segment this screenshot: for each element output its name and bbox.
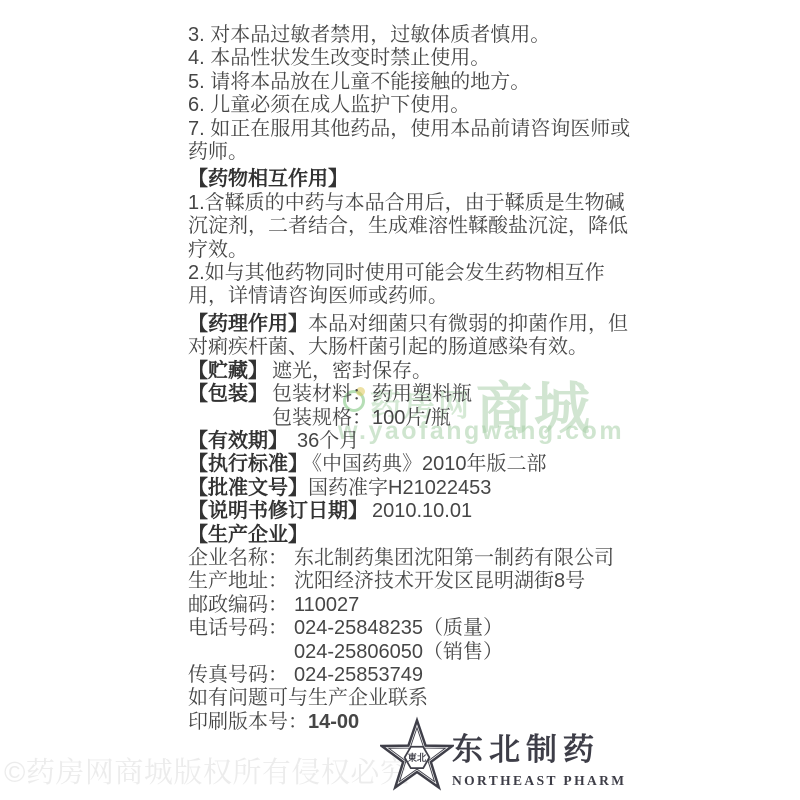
- print-version-value: 14-00: [308, 711, 359, 733]
- validity-label: 【有效期】: [188, 430, 288, 452]
- interactions-paragraph-1: 1.含鞣质的中药与本品合用后，由于鞣质是生物碱沉淀剂，二者结合，生成难溶性鞣酸盐…: [188, 192, 640, 262]
- manufacturer-postcode-row: 邮政编码：110027: [188, 594, 640, 617]
- standard-text: 《中国药典》2010年版二部: [312, 453, 547, 475]
- section-validity: 【有效期】36个月: [188, 430, 640, 453]
- manufacturer-company-row: 企业名称：东北制药集团沈阳第一制药有限公司: [188, 547, 640, 570]
- storage-text: 遮光，密封保存。: [272, 360, 432, 382]
- manufacturer-address-row: 生产地址：沈阳经济技术开发区昆明湖街8号: [188, 570, 640, 593]
- section-packaging: 【包装】包装材料：药用塑料瓶: [188, 383, 640, 406]
- section-storage: 【贮藏】遮光，密封保存。: [188, 360, 640, 383]
- star-logo-text: 東北: [408, 752, 427, 764]
- brand-name-cn: 东北制药: [452, 724, 626, 769]
- revision-text: 2010.10.01: [372, 500, 472, 522]
- star-logo-icon: 東北: [380, 716, 454, 796]
- section-pharmacology: 【药理作用】本品对细菌只有微弱的抑菌作用，但对痢疾杆菌、大肠杆菌引起的肠道感染有…: [188, 313, 640, 360]
- approval-label: 【批准文号】: [188, 477, 308, 499]
- precaution-item-5: 5. 请将本品放在儿童不能接触的地方。: [188, 71, 640, 94]
- section-approval-number: 【批准文号】国药准字H21022453: [188, 477, 640, 500]
- copyright-watermark: ©药房网商城版权所有侵权必究: [4, 750, 409, 791]
- storage-label: 【贮藏】: [188, 360, 268, 382]
- section-revision-date: 【说明书修订日期】2010.10.01: [188, 500, 640, 523]
- brand-text-block: 东北制药 NORTHEAST PHARM: [452, 724, 626, 789]
- contact-note: 如有问题可与生产企业联系: [188, 687, 640, 710]
- brand-name-en: NORTHEAST PHARM: [452, 773, 626, 789]
- manufacturer-fax-row: 传真号码：024-25853749: [188, 664, 640, 687]
- leaflet-text-column: 3. 对本品过敏者禁用，过敏体质者慎用。 4. 本品性状发生改变时禁止使用。 5…: [188, 24, 640, 734]
- packaging-material: 包装材料：药用塑料瓶: [272, 383, 472, 405]
- precaution-item-6: 6. 儿童必须在成人监护下使用。: [188, 94, 640, 117]
- validity-text: 36个月: [297, 430, 359, 452]
- section-heading-manufacturer: 【生产企业】: [188, 524, 640, 547]
- packaging-label: 【包装】: [188, 383, 268, 405]
- section-standard: 【执行标准】《中国药典》2010年版二部: [188, 453, 640, 476]
- standard-label: 【执行标准】: [188, 453, 308, 475]
- interactions-paragraph-2: 2.如与其他药物同时使用可能会发生药物相互作用，详情请咨询医师或药师。: [188, 262, 640, 309]
- section-heading-drug-interactions: 【药物相互作用】: [188, 168, 640, 191]
- precaution-item-3: 3. 对本品过敏者禁用，过敏体质者慎用。: [188, 24, 640, 47]
- print-version-label: 印刷版本号：: [188, 711, 308, 733]
- precaution-item-7: 7. 如正在服用其他药品，使用本品前请咨询医师或药师。: [188, 118, 640, 165]
- revision-label: 【说明书修订日期】: [188, 500, 368, 522]
- pharmacology-label: 【药理作用】: [188, 313, 308, 335]
- packaging-spec: 包装规格：100片/瓶: [188, 407, 640, 430]
- manufacturer-phone2-row: 024-25806050（销售）: [188, 641, 640, 664]
- precaution-item-4: 4. 本品性状发生改变时禁止使用。: [188, 47, 640, 70]
- manufacturer-phone-row: 电话号码：024-25848235（质量）: [188, 617, 640, 640]
- approval-text: 国药准字H21022453: [308, 477, 491, 499]
- drug-leaflet-page: 药房网 商城 w.yaofangwang.com ©药房网商城版权所有侵权必究 …: [0, 0, 800, 800]
